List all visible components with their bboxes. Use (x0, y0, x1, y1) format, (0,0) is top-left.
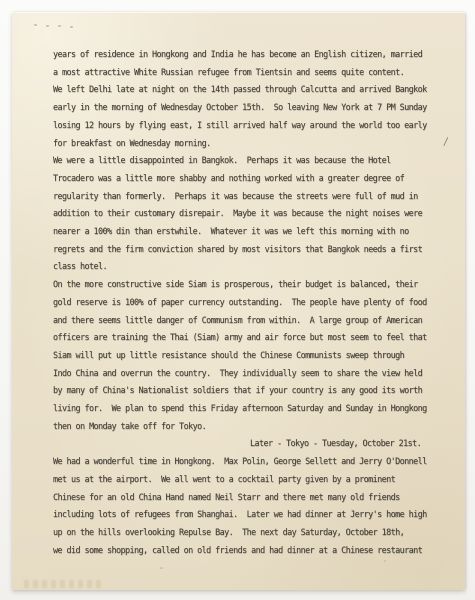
letter-line: We were a little disappointed in Bangkok… (53, 152, 453, 170)
scanned-letter-page: years of residence in Hongkong and India… (0, 0, 475, 600)
letter-line: On the more constructive side Siam is pr… (53, 276, 453, 294)
letter-line: and there seems little danger of Communi… (53, 312, 453, 330)
letter-line: gold reserve is 100% of paper currency o… (53, 294, 453, 312)
letter-line: we did some shopping, called on old frie… (53, 542, 453, 560)
faint-stamp (24, 580, 102, 588)
letter-line: a most attractive White Russian refugee … (53, 64, 453, 82)
letter-line: years of residence in Hongkong and India… (53, 46, 453, 64)
letter-line: losing 12 hours by flying east, I still … (53, 117, 453, 135)
letter-line: met us at the airport. We all went to a … (53, 471, 453, 489)
letter-line: regularity than formerly. Perhaps it was… (53, 188, 453, 206)
letter-line: officers are training the Thai (Siam) ar… (53, 329, 453, 347)
letter-body: years of residence in Hongkong and India… (53, 46, 453, 559)
paper-speck (384, 560, 386, 562)
letter-line: Trocadero was a little more shabby and n… (53, 170, 453, 188)
letter-dateline: Later - Tokyo - Tuesday, October 21st. (250, 435, 453, 453)
letter-line: class hotel. (53, 258, 453, 276)
punch-hole-marks (34, 23, 78, 29)
letter-line: nearer a 100% din than erstwhile. Whatev… (53, 223, 453, 241)
letter-line: regrets and the firm conviction shared b… (53, 241, 453, 259)
letter-line: for breakfast on Wednesday morning. (53, 135, 453, 153)
letter-paper: years of residence in Hongkong and India… (12, 12, 465, 590)
letter-line: living for. We plan to spend this Friday… (53, 400, 453, 418)
letter-line: We left Delhi late at night on the 14th … (53, 81, 453, 99)
letter-line: We had a wonderful time in Hongkong. Max… (53, 453, 453, 471)
paper-speck (160, 567, 163, 569)
letter-line: up on the hills overlooking Repulse Bay.… (53, 524, 453, 542)
letter-line: addition to their customary disrepair. M… (53, 205, 453, 223)
letter-line: Siam will put up little resistance shoul… (53, 347, 453, 365)
letter-line: then on Monday take off for Tokyo. (53, 418, 453, 436)
letter-line: Indo China and overrun the country. They… (53, 365, 453, 383)
letter-line: including lots of refugees from Shanghai… (53, 506, 453, 524)
letter-line: early in the morning of Wednesday Octobe… (53, 99, 453, 117)
letter-line: by many of China's Nationalist soldiers … (53, 382, 453, 400)
letter-line: Chinese for an old China Hand named Neil… (53, 489, 453, 507)
